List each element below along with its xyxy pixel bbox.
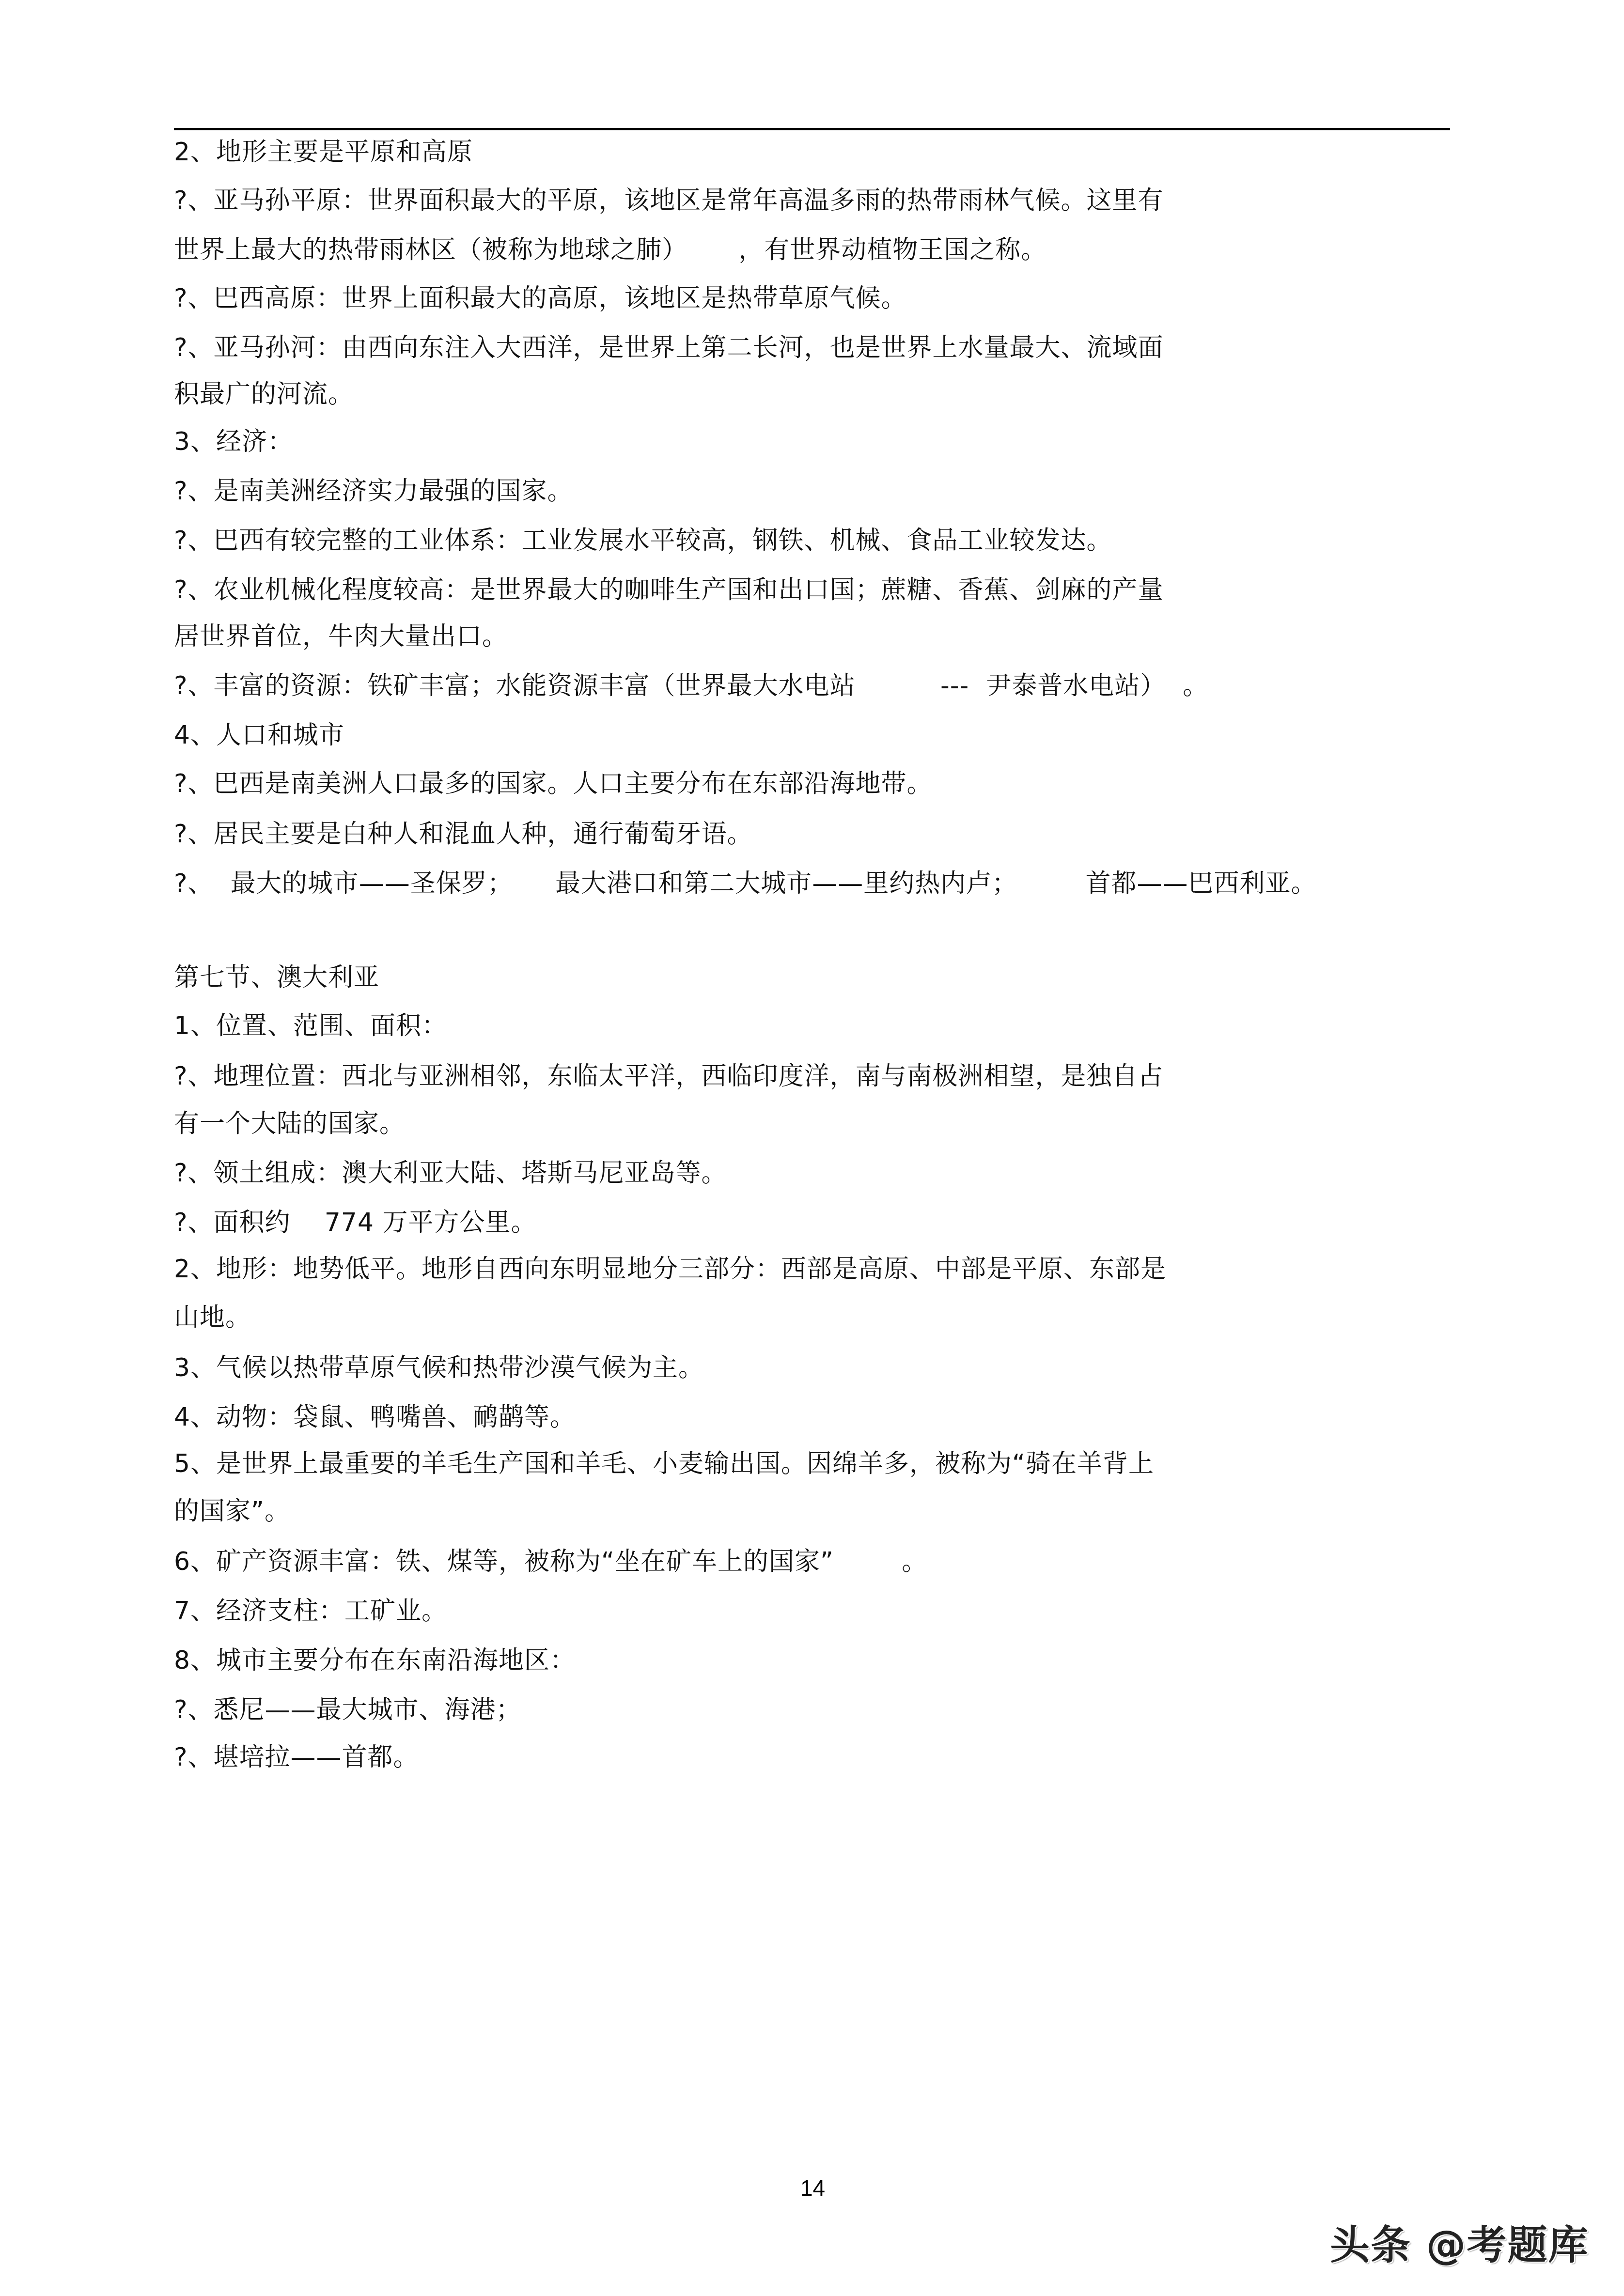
- text-line: ?、堪培拉——首都。: [174, 1742, 419, 1773]
- text-line: ?、面积约 774 万平方公里。: [174, 1207, 537, 1238]
- watermark: 头条 @考题库: [1330, 2214, 1589, 2270]
- text-line: 居世界首位，牛肉大量出口。: [174, 621, 508, 652]
- page-number: 14: [800, 2175, 825, 2201]
- text-line: ?、悉尼——最大城市、海港；: [174, 1694, 522, 1725]
- text-line: ?、亚马孙河：由西向东注入大西洋，是世界上第二长河，也是世界上水量最大、流域面: [174, 332, 1164, 363]
- text-line: 的国家”。: [174, 1496, 290, 1527]
- text-line: 7、经济支柱：工矿业。: [174, 1596, 447, 1627]
- text-line: ?、居民主要是白种人和混血人种，通行葡萄牙语。: [174, 819, 753, 850]
- text-line: 2、地形：地势低平。地形自西向东明显地分三部分：西部是高原、中部是平原、东部是: [174, 1254, 1166, 1285]
- text-line: ?、 最大的城市——圣保罗； 最大港口和第二大城市——里约热内卢； 首都——巴西…: [174, 868, 1317, 899]
- text-line: 6、矿产资源丰富：铁、煤等，被称为“坐在矿车上的国家” 。: [174, 1546, 927, 1577]
- text-line: 1、位置、范围、面积：: [174, 1010, 447, 1041]
- text-line: 8、城市主要分布在东南沿海地区：: [174, 1645, 576, 1676]
- text-line: ?、巴西有较完整的工业体系：工业发展水平较高，钢铁、机械、食品工业较发达。: [174, 525, 1112, 556]
- text-line: 3、经济：: [174, 426, 293, 457]
- text-line: ?、巴西是南美洲人口最多的国家。人口主要分布在东部沿海地带。: [174, 768, 933, 799]
- text-line: ?、丰富的资源：铁矿丰富；水能资源丰富（世界最大水电站 --- 尹泰普水电站） …: [174, 670, 1208, 701]
- text-line: 3、气候以热带草原气候和热带沙漠气候为主。: [174, 1352, 704, 1383]
- text-line: 第七节、澳大利亚: [174, 962, 379, 993]
- text-line: 2、地形主要是平原和高原: [174, 137, 473, 168]
- text-line: ?、是南美洲经济实力最强的国家。: [174, 476, 573, 507]
- text-line: ?、领土组成：澳大利亚大陆、塔斯马尼亚岛等。: [174, 1158, 727, 1189]
- text-line: 5、是世界上最重要的羊毛生产国和羊毛、小麦输出国。因绵羊多，被称为“骑在羊背上: [174, 1448, 1154, 1479]
- text-line: 有一个大陆的国家。: [174, 1108, 405, 1139]
- document-page: 2、地形主要是平原和高原?、亚马孙平原：世界面积最大的平原，该地区是常年高温多雨…: [0, 0, 1624, 2296]
- text-line: 世界上最大的热带雨林区（被称为地球之肺） ，有世界动植物王国之称。: [174, 234, 1046, 265]
- text-line: ?、地理位置：西北与亚洲相邻，东临太平洋，西临印度洋，南与南极洲相望，是独自占: [174, 1061, 1164, 1092]
- text-line: ?、巴西高原：世界上面积最大的高原，该地区是热带草原气候。: [174, 283, 907, 314]
- text-line: 山地。: [174, 1302, 251, 1333]
- text-line: 4、动物：袋鼠、鸭嘴兽、鸸鹋等。: [174, 1402, 576, 1433]
- text-line: ?、农业机械化程度较高：是世界最大的咖啡生产国和出口国；蔗糖、香蕉、剑麻的产量: [174, 574, 1164, 605]
- text-line: 4、人口和城市: [174, 720, 344, 751]
- header-rule: [174, 128, 1450, 130]
- text-line: ?、亚马孙平原：世界面积最大的平原，该地区是常年高温多雨的热带雨林气候。这里有: [174, 185, 1164, 216]
- text-line: 积最广的河流。: [174, 379, 354, 410]
